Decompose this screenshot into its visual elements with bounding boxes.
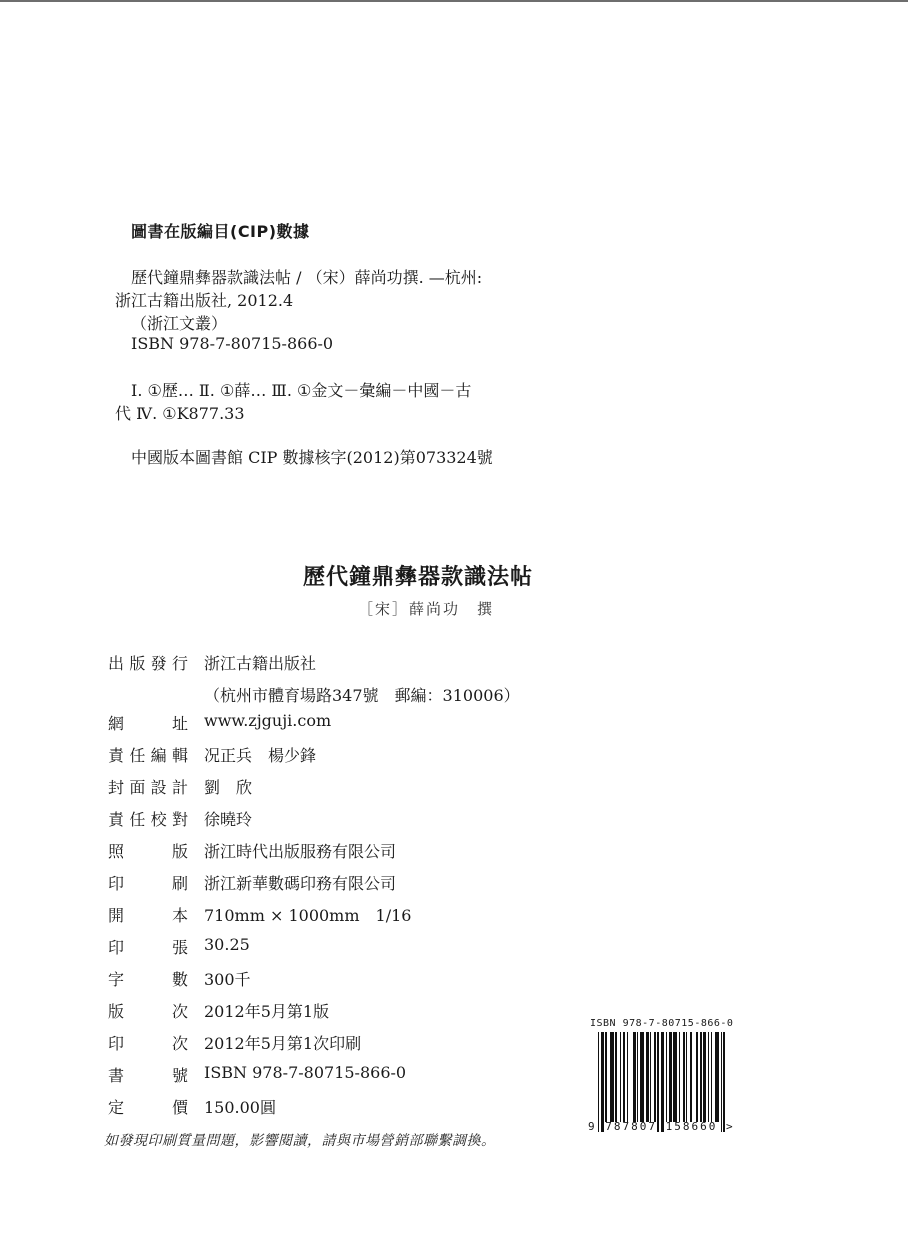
info-row: 字數300千 xyxy=(108,967,251,991)
info-label: 責任校對 xyxy=(108,807,188,831)
info-label-char: 價 xyxy=(172,1095,188,1119)
barcode-isbn-label: ISBN 978-7-80715-866-0 xyxy=(590,1018,758,1029)
info-value: 浙江時代出版服務有限公司 xyxy=(204,839,396,863)
info-label-char: 印 xyxy=(108,871,124,895)
info-label-char: 印 xyxy=(108,1031,124,1055)
info-value: 2012年5月第1版 xyxy=(204,999,329,1023)
info-label-char: 版 xyxy=(108,999,124,1023)
info-value: 浙江新華數碼印務有限公司 xyxy=(204,871,396,895)
info-label: 照版 xyxy=(108,839,188,863)
info-label-char: 責 xyxy=(108,807,124,831)
info-row: 印張30.25 xyxy=(108,935,250,959)
info-label-char: 任 xyxy=(129,807,145,831)
cip-approval: 中國版本圖書館 CIP 數據核字(2012)第073324號 xyxy=(131,445,493,468)
cip-classification-1: Ⅰ. ①歷… Ⅱ. ①薛… Ⅲ. ①金文－彙編－中國－古 xyxy=(131,378,471,401)
info-row: 開本710mm × 1000mm 1/16 xyxy=(108,903,411,927)
top-border xyxy=(0,0,908,2)
info-value: 2012年5月第1次印刷 xyxy=(204,1031,361,1055)
isbn-barcode: ISBN 978-7-80715-866-0 9 787807 158660 > xyxy=(588,1018,758,1133)
info-row: 封面設計劉 欣 xyxy=(108,775,252,799)
info-value: 劉 欣 xyxy=(204,775,252,799)
cip-line-title: 歷代鐘鼎彝器款識法帖 / （宋）薛尚功撰. —杭州: xyxy=(131,265,482,288)
info-label: 字數 xyxy=(108,967,188,991)
info-value: （杭州市體育場路347號 郵編：310006） xyxy=(204,683,520,707)
info-value: 300千 xyxy=(204,967,251,991)
book-title: 歷代鐘鼎彝器款識法帖 xyxy=(303,560,533,591)
info-row: 出版發行浙江古籍出版社 xyxy=(108,651,316,675)
info-label-char: 行 xyxy=(172,651,188,675)
info-row: 照版浙江時代出版服務有限公司 xyxy=(108,839,396,863)
info-label-char: 版 xyxy=(129,651,145,675)
info-value: 710mm × 1000mm 1/16 xyxy=(204,903,411,927)
info-label: 印張 xyxy=(108,935,188,959)
info-label-char: 照 xyxy=(108,839,124,863)
info-label-char: 計 xyxy=(172,775,188,799)
book-author: ［宋］薛尚功 撰 xyxy=(358,598,494,619)
info-label-char: 書 xyxy=(108,1063,124,1087)
info-label-char: 面 xyxy=(129,775,145,799)
barcode-bars xyxy=(598,1032,758,1132)
info-label-char: 任 xyxy=(129,743,145,767)
info-label-char: 址 xyxy=(172,711,188,735)
info-label: 封面設計 xyxy=(108,775,188,799)
info-label-char: 定 xyxy=(108,1095,124,1119)
info-label-char: 發 xyxy=(151,651,167,675)
info-label: 定價 xyxy=(108,1095,188,1119)
info-value: 浙江古籍出版社 xyxy=(204,651,316,675)
info-label-char: 字 xyxy=(108,967,124,991)
info-label-char: 本 xyxy=(172,903,188,927)
info-label: 開本 xyxy=(108,903,188,927)
info-row: 印次2012年5月第1次印刷 xyxy=(108,1031,361,1055)
info-label: 印刷 xyxy=(108,871,188,895)
info-label-char: 號 xyxy=(172,1063,188,1087)
info-value: ISBN 978-7-80715-866-0 xyxy=(204,1063,406,1087)
info-label-char: 出 xyxy=(108,651,124,675)
info-label xyxy=(108,683,188,707)
cip-line-publisher: 浙江古籍出版社, 2012.4 xyxy=(115,288,293,311)
info-label-char: 版 xyxy=(172,839,188,863)
info-row: 版次2012年5月第1版 xyxy=(108,999,329,1023)
info-label: 網址 xyxy=(108,711,188,735)
info-value: www.zjguji.com xyxy=(204,711,331,735)
info-label-char: 數 xyxy=(172,967,188,991)
info-row: （杭州市體育場路347號 郵編：310006） xyxy=(108,683,520,707)
info-label-char: 刷 xyxy=(172,871,188,895)
info-label-char: 次 xyxy=(172,1031,188,1055)
cip-line-isbn: ISBN 978-7-80715-866-0 xyxy=(131,334,333,353)
info-label: 出版發行 xyxy=(108,651,188,675)
cip-heading: 圖書在版編目(CIP)數據 xyxy=(131,219,310,242)
info-value: 徐曉玲 xyxy=(204,807,252,831)
info-label-char: 輯 xyxy=(172,743,188,767)
info-label-char: 印 xyxy=(108,935,124,959)
info-label: 責任編輯 xyxy=(108,743,188,767)
info-label: 書號 xyxy=(108,1063,188,1087)
info-label-char: 開 xyxy=(108,903,124,927)
cip-classification-2: 代 Ⅳ. ①K877.33 xyxy=(115,401,245,424)
info-label-char: 對 xyxy=(172,807,188,831)
info-value: 30.25 xyxy=(204,935,250,959)
quality-notice: 如發現印刷質量問題，影響閱讀，請與市場營銷部聯繫調換。 xyxy=(104,1130,496,1150)
info-row: 定價150.00圓 xyxy=(108,1095,276,1119)
info-row: 責任校對徐曉玲 xyxy=(108,807,252,831)
info-label-char: 封 xyxy=(108,775,124,799)
info-label-char: 校 xyxy=(151,807,167,831)
info-row: 網址www.zjguji.com xyxy=(108,711,331,735)
info-row: 書號ISBN 978-7-80715-866-0 xyxy=(108,1063,406,1087)
info-label: 版次 xyxy=(108,999,188,1023)
info-label-char: 責 xyxy=(108,743,124,767)
info-row: 責任編輯况正兵 楊少鋒 xyxy=(108,743,316,767)
info-label: 印次 xyxy=(108,1031,188,1055)
info-label-char: 次 xyxy=(172,999,188,1023)
info-label-char: 張 xyxy=(172,935,188,959)
barcode-digits: 9 787807 158660 > xyxy=(588,1120,758,1133)
info-label-char: 編 xyxy=(151,743,167,767)
info-value: 150.00圓 xyxy=(204,1095,276,1119)
cip-line-series: （浙江文叢） xyxy=(131,311,227,334)
info-label-char: 設 xyxy=(151,775,167,799)
info-value: 况正兵 楊少鋒 xyxy=(204,743,316,767)
info-row: 印刷浙江新華數碼印務有限公司 xyxy=(108,871,396,895)
info-label-char: 網 xyxy=(108,711,124,735)
